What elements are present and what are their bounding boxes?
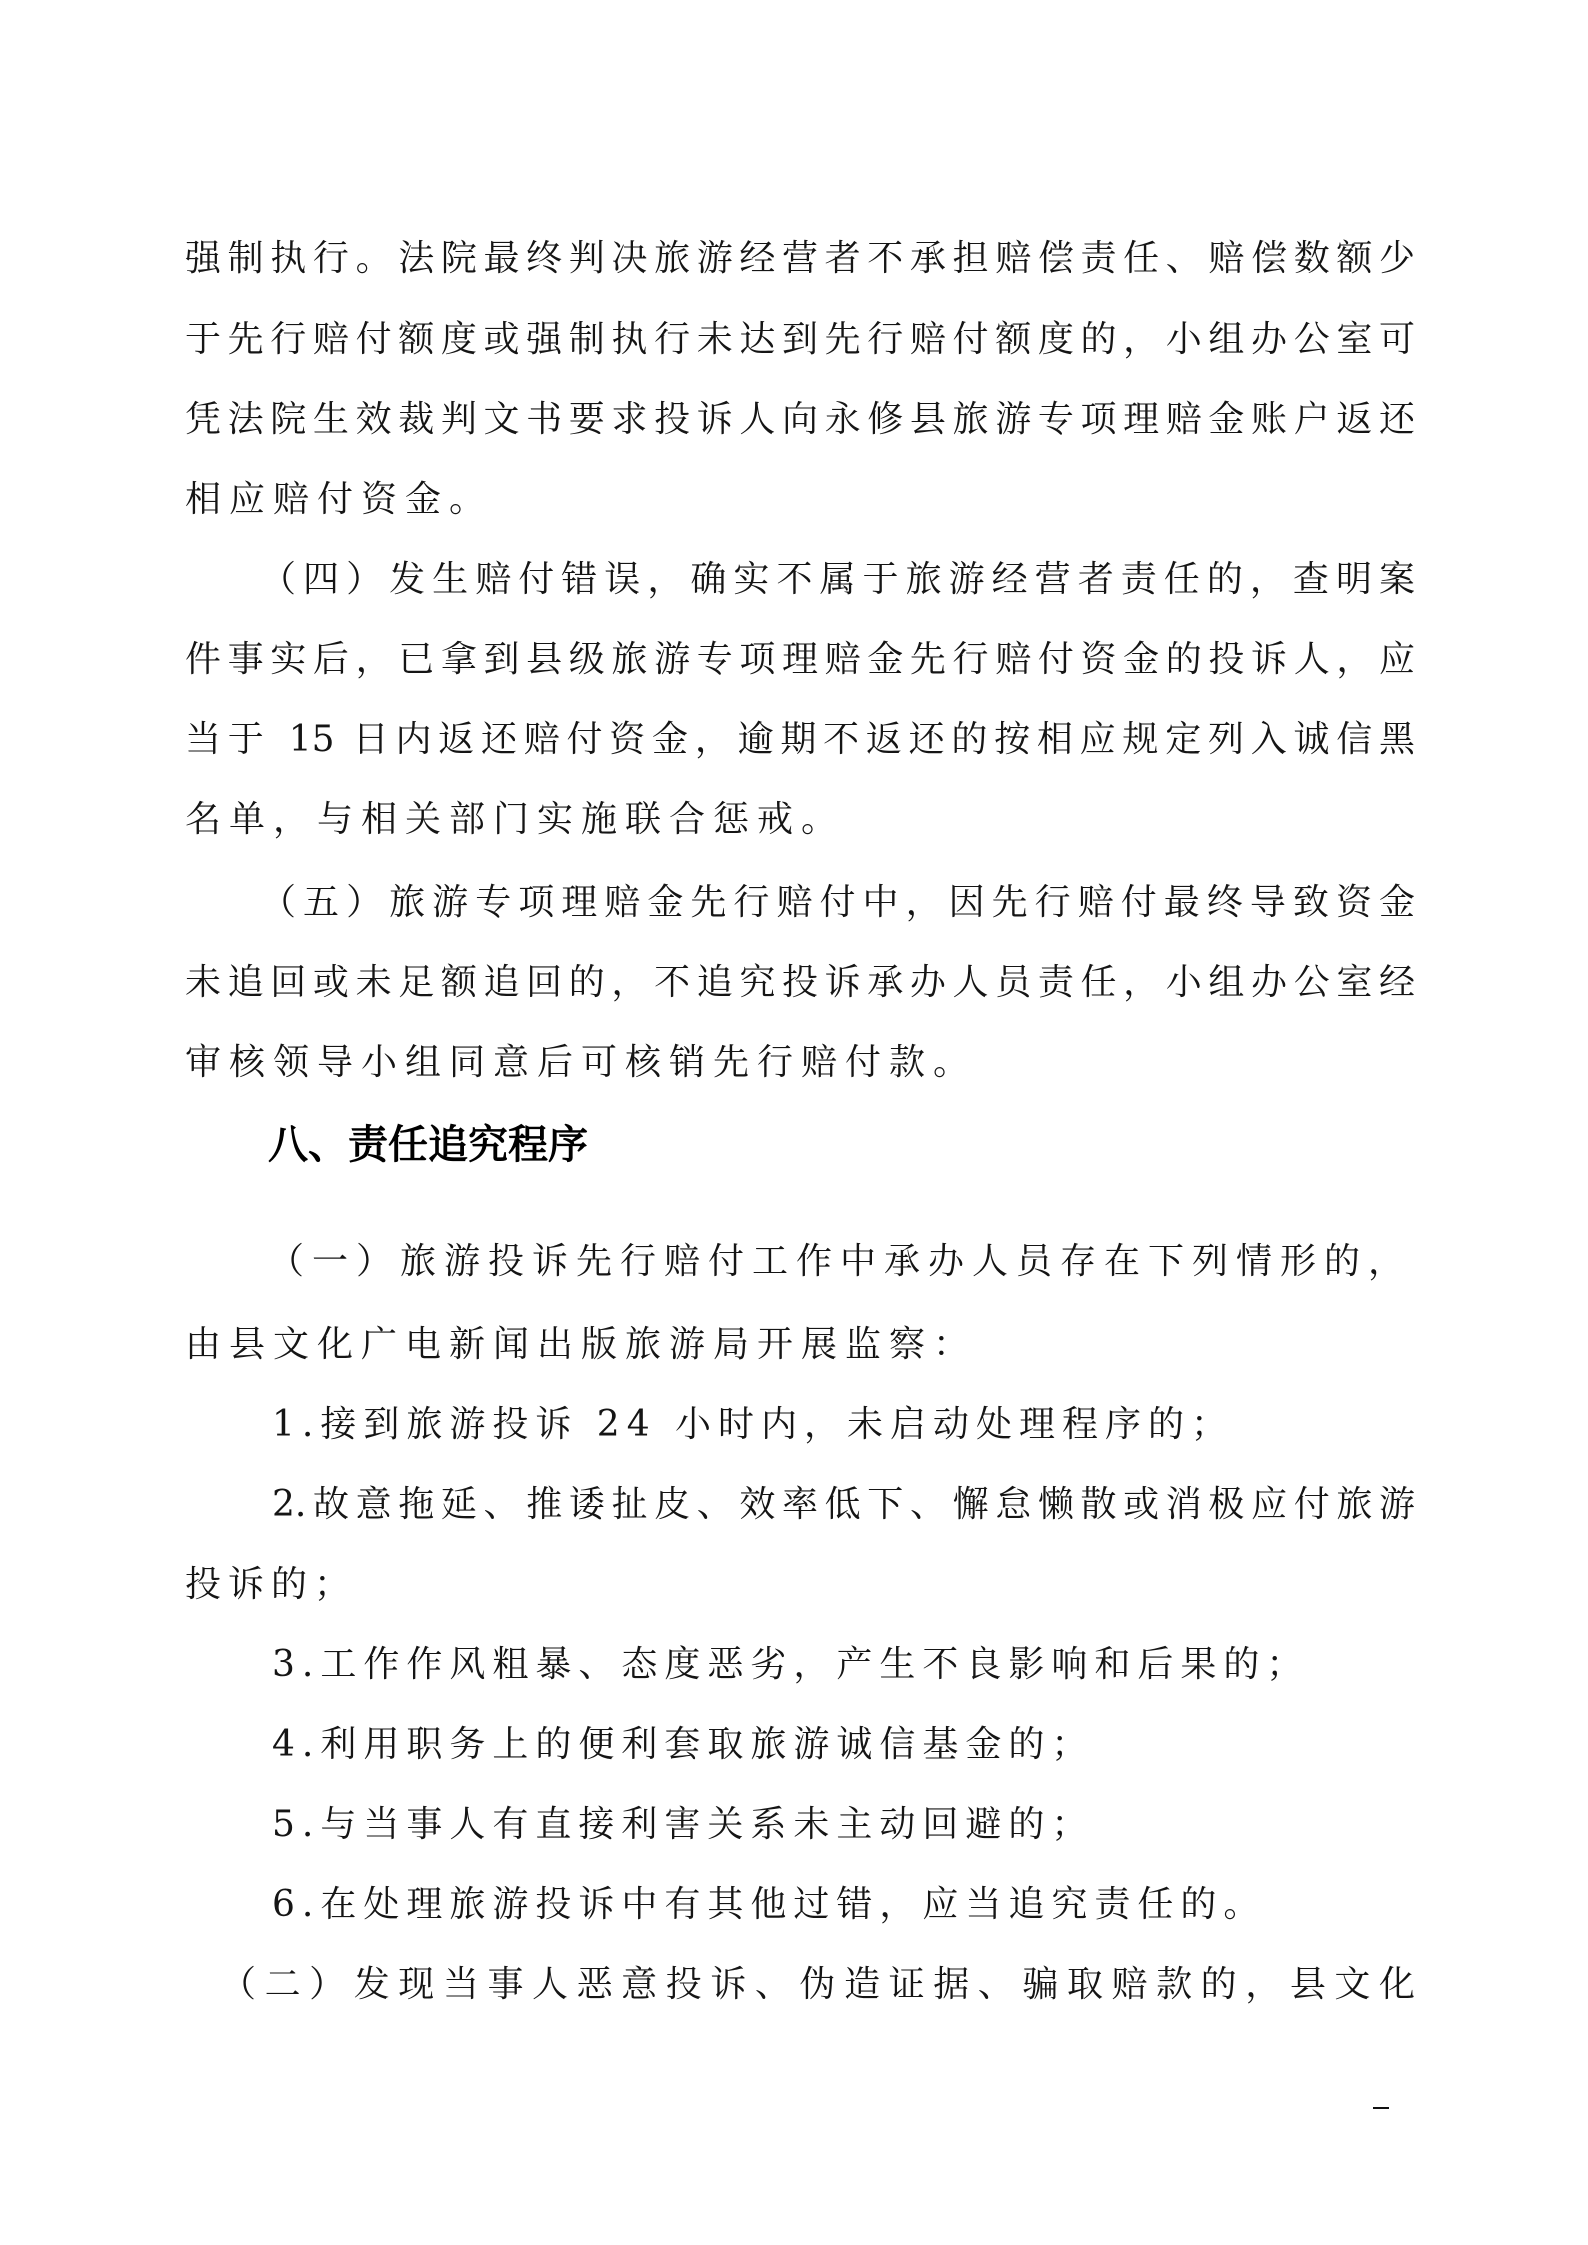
- list-item: 4.利用职务上的便利套取旅游诚信基金的；: [272, 1715, 1094, 1775]
- list-item: 3.工作作风粗暴、态度恶劣，产生不良影响和后果的；: [272, 1635, 1309, 1695]
- paragraph-line: （一）旅游投诉先行赔付工作中承办人员存在下列情形的，: [268, 1232, 1412, 1292]
- page-number-mark: [1373, 2107, 1389, 2109]
- section-heading: 八、责任追究程序: [268, 1115, 588, 1175]
- paragraph-line: 审核领导小组同意后可核销先行赔付款。: [185, 1033, 977, 1093]
- paragraph-line: 名单，与相关部门实施联合惩戒。: [185, 790, 845, 850]
- list-item: 1.接到旅游投诉 24 小时内，未启动处理程序的；: [272, 1395, 1234, 1455]
- list-item: 6.在处理旅游投诉中有其他过错，应当追究责任的。: [272, 1875, 1266, 1935]
- paragraph-line: （二）发现当事人恶意投诉、伪造证据、骗取赔款的，县文化: [220, 1955, 1415, 2015]
- paragraph-line: 由县文化广电新闻出版旅游局开展监察：: [185, 1315, 977, 1375]
- list-item: 5.与当事人有直接利害关系未主动回避的；: [272, 1795, 1094, 1855]
- paragraph-line: 未追回或未足额追回的，不追究投诉承办人员责任，小组办公室经: [185, 953, 1415, 1013]
- paragraph-line: 于先行赔付额度或强制执行未达到先行赔付额度的，小组办公室可: [185, 310, 1415, 370]
- paragraph-line: （五）旅游专项理赔金先行赔付中，因先行赔付最终导致资金: [260, 873, 1415, 933]
- paragraph-line: 凭法院生效裁判文书要求投诉人向永修县旅游专项理赔金账户返还: [185, 390, 1415, 450]
- paragraph-line: 当于 15 日内返还赔付资金，逾期不返还的按相应规定列入诚信黑: [185, 710, 1415, 770]
- paragraph-line: 强制执行。法院最终判决旅游经营者不承担赔偿责任、赔偿数额少: [185, 229, 1415, 289]
- list-item: 投诉的；: [185, 1555, 357, 1615]
- paragraph-line: 相应赔付资金。: [185, 470, 493, 530]
- document-page: 强制执行。法院最终判决旅游经营者不承担赔偿责任、赔偿数额少 于先行赔付额度或强制…: [0, 0, 1588, 2245]
- list-item: 2.故意拖延、推诿扯皮、效率低下、懈怠懒散或消极应付旅游: [272, 1475, 1415, 1535]
- paragraph-line: 件事实后，已拿到县级旅游专项理赔金先行赔付资金的投诉人，应: [185, 630, 1415, 690]
- paragraph-line: （四）发生赔付错误，确实不属于旅游经营者责任的，查明案: [260, 550, 1415, 610]
